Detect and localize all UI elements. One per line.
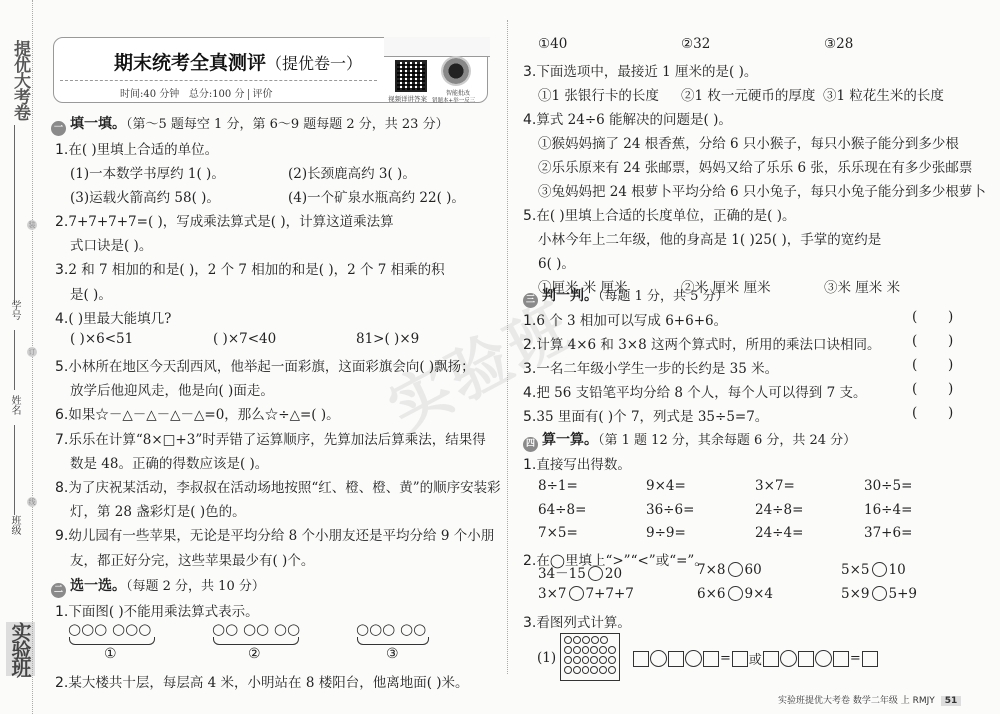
question-text: 乐乐在计算“8×□+3”时弄错了运算顺序，先算加法后算乘法，结果得 [68,432,485,448]
question-number: 9. [55,528,68,544]
question-number: 2. [55,214,68,230]
judge-answer-3[interactable]: () [912,357,984,373]
question-number: 3. [523,64,536,80]
paren: ( [912,381,948,397]
sub-question-1-label: (1) [537,650,556,666]
judge-answer-1[interactable]: () [912,309,984,325]
compare-item: 5×95+9 [841,586,917,602]
q5-option-3: ③米 厘米 米 [824,276,900,296]
oral-calc[interactable]: 16÷4= [864,502,912,518]
compare-circle-input[interactable] [728,562,743,577]
question-number: 4. [55,311,68,327]
operator-circle-input[interactable] [685,650,702,667]
compare-right: 60 [745,562,762,578]
qr-code-icon[interactable] [395,60,427,92]
header-tab [384,37,490,57]
question-number: 5. [523,409,536,425]
binding-margin: 提优大考卷 学号 姓名 班级 实验班 [0,0,34,714]
exam-title: 期末统考全真测评（提优卷一） [114,48,362,75]
section-number-icon: 二 [51,583,66,598]
operator-circle-input[interactable] [650,650,667,667]
paren: ( [912,357,948,373]
q3-option-1: ①1 张银行卡的长度 [538,84,659,104]
choice-question-5: 5.在( )里填上合适的长度单位，正确的是( )。 [523,204,796,224]
page-divider [507,20,508,674]
question-text: 2 和 7 相加的和是( )，2 个 7 相加的和是( )，2 个 7 相乘的积 [68,262,444,278]
question-number: 1. [55,604,68,620]
figure-3-circles: ○○○ ○○ [356,620,426,638]
q4-option-1: ①猴妈妈摘了 24 根香蕉，分给 6 只小猴子，每只小猴子能分到多少根 [538,132,959,152]
q5-line-2: 6( )。 [538,252,575,272]
number-box-input[interactable] [703,651,719,667]
oral-calc[interactable]: 30÷5= [864,478,912,494]
q5-line-1: 小林今年上二年级，他的身高是 1( )25( )，手掌的宽约是 [538,228,881,248]
question-7-cont: 数是 48。正确的得数应该是( )。 [70,452,268,472]
compare-circle-input[interactable] [872,562,887,577]
number-box-input[interactable] [833,651,849,667]
compare-left: 6×6 [697,586,726,602]
compare-left: 7×8 [697,562,726,578]
figure-1-label: ① [104,646,117,662]
figure-2-circles: ○○ ○○ ○○ [212,620,300,638]
circle-array-figure [560,633,620,681]
oral-calc[interactable]: 8÷1= [538,478,578,494]
paren: ) [948,357,984,373]
brace-icon [213,637,299,645]
question-6: 6.如果☆－△－△－△－△=0，那么☆÷△=( )。 [55,403,340,423]
judge-item-2: 2.计算 4×6 和 3×8 这两个算式时，所用的乘法口诀相同。 [523,333,881,353]
question-number: 5. [55,359,68,375]
section-calc-header: 四算一算。（第 1 题 12 分，其余每题 6 分，共 24 分） [523,429,856,452]
rating-label: 评价 [248,89,272,100]
question-2: 2.7+7+7+7=( )，写成乘法算式是( )，计算这道乘法算 [55,210,394,230]
section-number-icon: 三 [523,293,538,308]
paren: ( [912,309,948,325]
brace-icon [69,637,155,645]
calc-question-3: 3.看图列式计算。 [523,611,631,631]
q4-option-2: ②乐乐原来有 24 张邮票，妈妈又给了乐乐 6 张，乐乐现在有多少张邮票 [538,156,972,176]
question-text: 某大楼共十层，每层高 4 米，小明站在 8 楼阳台，他离地面( )米。 [68,675,468,691]
question-text: 直接写出得数。 [536,457,631,473]
class-label: 班级 [7,515,22,535]
compare-right: 10 [889,562,906,578]
oral-calc[interactable]: 37+6= [864,525,912,541]
operator-circle-input[interactable] [815,650,832,667]
seal-mark: 装 [27,220,37,230]
question-text: 下面图( )不能用乘法算式表示。 [68,604,258,620]
compare-left: 5×9 [841,586,870,602]
qr-label: 视频详讲答案 [388,94,427,103]
section-desc: （每题 2 分，共 10 分） [126,579,265,594]
result-box-input[interactable] [862,651,878,667]
question-number: 2. [55,675,68,691]
time-limit: 时间:40 分钟 [120,89,179,100]
compare-circle-input[interactable] [588,566,603,581]
section-desc: （第～5 题每空 1 分，第 6～9 题每题 2 分，共 23 分） [126,117,449,132]
question-text: ( )里最大能填几? [68,311,171,327]
title-text: 期末统考全真测评 [114,52,266,74]
judge-item-1: 1.6 个 3 相加可以写成 6+6+6。 [523,309,727,329]
q3-option-2: ②1 枚一元硬币的厚度 [681,84,815,104]
question-text: 计算 4×6 和 3×8 这两个算式时，所用的乘法口诀相同。 [536,337,880,353]
q4-option-3: ③兔妈妈把 24 根萝卜平均分给 6 只小兔子，每只小兔子能分到多少根萝卜 [538,180,986,200]
number-box-input[interactable] [668,651,684,667]
section-title: 算一算。 [542,432,598,448]
judge-answer-5[interactable]: () [912,405,984,421]
oral-calc[interactable]: 24÷8= [755,502,803,518]
judge-item-4: 4.把 56 支铅笔平均分给 8 个人，每个人可以得到 7 支。 [523,381,866,401]
compare-circle-input[interactable] [728,586,743,601]
compare-item: 5×510 [841,562,906,578]
seal-mark: 订 [27,347,37,357]
judge-answer-4[interactable]: () [912,381,984,397]
footer-text: 实验班提优大考卷 数学二年级 上 RMJY [778,696,935,706]
compare-left: 5×5 [841,562,870,578]
section-number-icon: 四 [523,437,538,452]
exam-header: 期末统考全真测评（提优卷一） 时间:40 分钟 总分:100 分评价 视频详讲答… [53,37,488,103]
ai-sublabel: 错题本+举一反三 [432,96,475,104]
question-text: 小林所在地区今天刮西风，他举起一面彩旗，这面彩旗会向( )飘扬； [68,359,474,375]
question-4: 4.( )里最大能填几? [55,307,171,327]
question-number: 7. [55,432,68,448]
question-1-4: (4)一个矿泉水瓶高约 22( )。 [288,186,465,206]
question-4-a: ( )×6<51 [70,331,133,347]
question-4-c: 81>( )×9 [356,331,419,347]
question-9: 9.幼儿园有一些苹果，无论是平均分给 8 个小朋友还是平均分给 9 个小朋 [55,524,494,544]
paren: ( [912,405,948,421]
question-number: 2. [523,553,536,569]
question-7: 7.乐乐在计算“8×□+3”时弄错了运算顺序，先算加法后算乘法，结果得 [55,428,486,448]
subtitle-text: （提优卷一） [266,54,362,73]
q2-option-2: ②32 [681,36,710,52]
exam-meta: 时间:40 分钟 总分:100 分评价 [120,85,272,100]
section-desc: （第 1 题 12 分，其余每题 6 分，共 24 分） [598,433,856,448]
paren: ( [912,333,948,349]
question-number: 2. [523,337,536,353]
operator-circle-input[interactable] [780,650,797,667]
calc-question-1: 1.直接写出得数。 [523,453,631,473]
brand-top: 提优大考卷 [8,40,33,120]
q2-option-3: ③28 [824,36,853,52]
judge-item-3: 3.一名二年级小学生一步的长约是 35 米。 [523,357,778,377]
figure-3-label: ③ [386,646,399,662]
question-1-1: (1)一本数学书厚约 1( )。 [70,162,225,182]
ai-grading-icon[interactable] [441,56,471,86]
or-label: 或 [749,649,762,668]
compare-left: 3×7 [538,586,567,602]
question-9-cont: 友，都正好分完，这些苹果最少有( )个。 [70,549,314,569]
question-8: 8.为了庆祝某活动，李叔叔在活动场地按照“红、橙、橙、黄”的顺序安装彩 [55,476,501,496]
choice-question-1: 1.下面图( )不能用乘法算式表示。 [55,600,259,620]
choice-question-2: 2.某大楼共十层，每层高 4 米，小明站在 8 楼阳台，他离地面( )米。 [55,671,469,691]
equals-sign: = [850,651,861,666]
compare-item: 6×69×4 [697,586,773,602]
section-number-icon: 一 [51,121,66,136]
brace-icon [357,637,429,645]
compare-circle-input[interactable] [569,586,584,601]
divider [14,425,15,515]
number-box-input[interactable] [763,651,779,667]
paren: ) [948,405,984,421]
question-text: 35 里面有( )个 7，列式是 35÷5=7。 [536,409,768,425]
choice-question-3: 3.下面选项中，最接近 1 厘米的是( )。 [523,60,757,80]
question-text: 下面选项中，最接近 1 厘米的是( )。 [536,64,757,80]
oral-calc[interactable]: 64÷8= [538,502,586,518]
question-text: 看图列式计算。 [536,615,631,631]
compare-circle-input[interactable] [872,586,887,601]
equation-template: = 或 = [633,649,878,668]
q2-option-1: ①40 [538,36,567,52]
section-fill-in-header: 一填一填。（第～5 题每空 1 分，第 6～9 题每题 2 分，共 23 分） [51,113,449,136]
question-3-cont: 是( )。 [70,283,112,303]
question-text: 算式 24÷6 能解决的问题是( )。 [536,112,732,128]
divider [14,125,15,305]
question-4-b: ( )×7<40 [213,331,276,347]
result-box-input[interactable] [732,651,748,667]
oral-calc[interactable]: 9÷9= [646,525,686,541]
question-number: 5. [523,208,536,224]
question-3: 3.2 和 7 相加的和是( )，2 个 7 相加的和是( )，2 个 7 相乘… [55,258,445,278]
page-footer: 实验班提优大考卷 数学二年级 上 RMJY51 [778,693,961,706]
question-1: 1.在( )里填上合适的单位。 [55,138,218,158]
oral-calc[interactable]: 9×4= [646,478,686,494]
question-5-cont: 放学后他迎风走，他是向( )面走。 [70,379,274,399]
page-number: 51 [941,696,962,706]
question-2-cont: 式口诀是( )。 [70,234,152,254]
question-text: 为了庆祝某活动，李叔叔在活动场地按照“红、橙、橙、黄”的顺序安装彩 [68,480,500,496]
judge-item-5: 5.35 里面有( )个 7，列式是 35÷5=7。 [523,405,768,425]
brand-bottom: 实验班 [6,622,35,676]
total-score: 总分:100 分 [189,89,245,100]
question-5: 5.小林所在地区今天刮西风，他举起一面彩旗，这面彩旗会向( )飘扬； [55,355,475,375]
oral-calc[interactable]: 3×7= [755,478,795,494]
header-divider [60,80,377,81]
question-number: 1. [523,313,536,329]
compare-right: 5+9 [889,586,918,602]
section-choice-header: 二选一选。（每题 2 分，共 10 分） [51,575,265,598]
exam-page: 提优大考卷 学号 姓名 班级 实验班 装 订 线 实验班 期末统考全真测评（提优… [0,0,1000,714]
question-number: 3. [523,361,536,377]
question-text: 在( )里填上合适的单位。 [68,142,218,158]
question-1-2: (2)长颈鹿高约 3( )。 [288,162,416,182]
section-title: 填一填。 [70,116,126,132]
number-box-input[interactable] [798,651,814,667]
question-number: 8. [55,480,68,496]
oral-calc[interactable]: 24÷4= [755,525,803,541]
judge-answer-2[interactable]: () [912,333,984,349]
compare-right: 7+7+7 [586,586,634,602]
q3-option-3: ③1 粒花生米的长度 [823,84,944,104]
question-text: 幼儿园有一些苹果，无论是平均分给 8 个小朋友还是平均分给 9 个小朋 [68,528,494,544]
compare-left: 34－15 [538,566,586,582]
section-title: 判一判。 [542,288,598,304]
question-1-3: (3)运载火箭高约 58( )。 [70,186,220,206]
name-label: 姓名 [7,395,22,415]
paren: ) [948,309,984,325]
question-text: 7+7+7+7=( )，写成乘法算式是( )，计算这道乘法算 [68,214,393,230]
question-8-cont: 灯，第 28 盏彩灯是( )色的。 [70,500,246,520]
equals-sign: = [720,651,731,666]
figure-1-circles: ○○○ ○○○ [68,620,151,638]
oral-calc[interactable]: 36÷6= [646,502,694,518]
divider [14,330,15,390]
compare-item: 3×77+7+7 [538,586,634,602]
figure-2-label: ② [248,646,261,662]
question-text: 把 56 支铅笔平均分给 8 个人，每个人可以得到 7 支。 [536,385,866,401]
seal-mark: 线 [27,497,37,507]
question-number: 1. [523,457,536,473]
question-text: 6 个 3 相加可以写成 6+6+6。 [536,313,727,329]
student-id-label: 学号 [7,300,22,320]
section-judge-header: 三判一判。（每题 1 分，共 5 分） [523,285,729,308]
compare-item: 34－1520 [538,562,622,582]
number-box-input[interactable] [633,651,649,667]
question-number: 6. [55,407,68,423]
question-number: 4. [523,112,536,128]
cut-line [32,0,33,714]
question-number: 3. [55,262,68,278]
question-number: 4. [523,385,536,401]
section-desc: （每题 1 分，共 5 分） [598,289,729,304]
compare-right: 20 [605,566,622,582]
oral-calc[interactable]: 7×5= [538,525,578,541]
section-title: 选一选。 [70,578,126,594]
question-number: 1. [55,142,68,158]
paren: ) [948,333,984,349]
question-text: 如果☆－△－△－△－△=0，那么☆÷△=( )。 [68,407,339,423]
choice-question-4: 4.算式 24÷6 能解决的问题是( )。 [523,108,732,128]
question-number: 3. [523,615,536,631]
compare-right: 9×4 [745,586,774,602]
question-text: 在( )里填上合适的长度单位，正确的是( )。 [536,208,795,224]
question-text: 一名二年级小学生一步的长约是 35 米。 [536,361,778,377]
compare-item: 7×860 [697,562,762,578]
paren: ) [948,381,984,397]
